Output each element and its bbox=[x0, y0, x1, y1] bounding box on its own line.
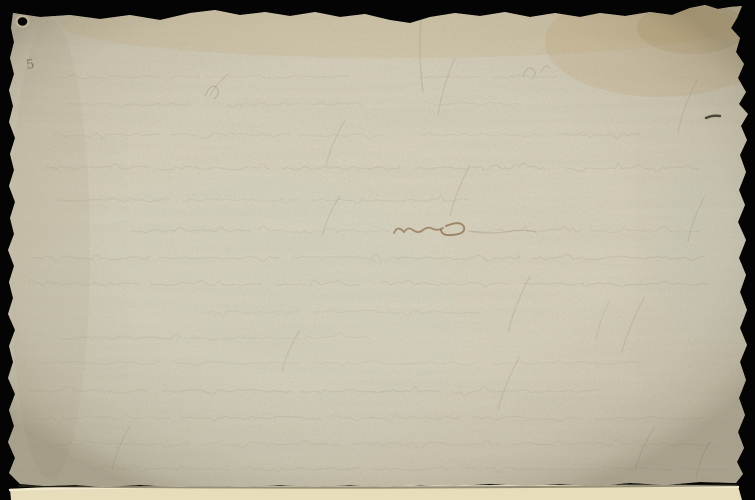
edge-shading bbox=[8, 5, 748, 487]
manuscript-photo: 5 bbox=[0, 0, 755, 500]
wormhole-icon bbox=[18, 17, 28, 25]
photo-stage: 5 bbox=[0, 0, 755, 500]
wormhole bbox=[15, 15, 29, 28]
